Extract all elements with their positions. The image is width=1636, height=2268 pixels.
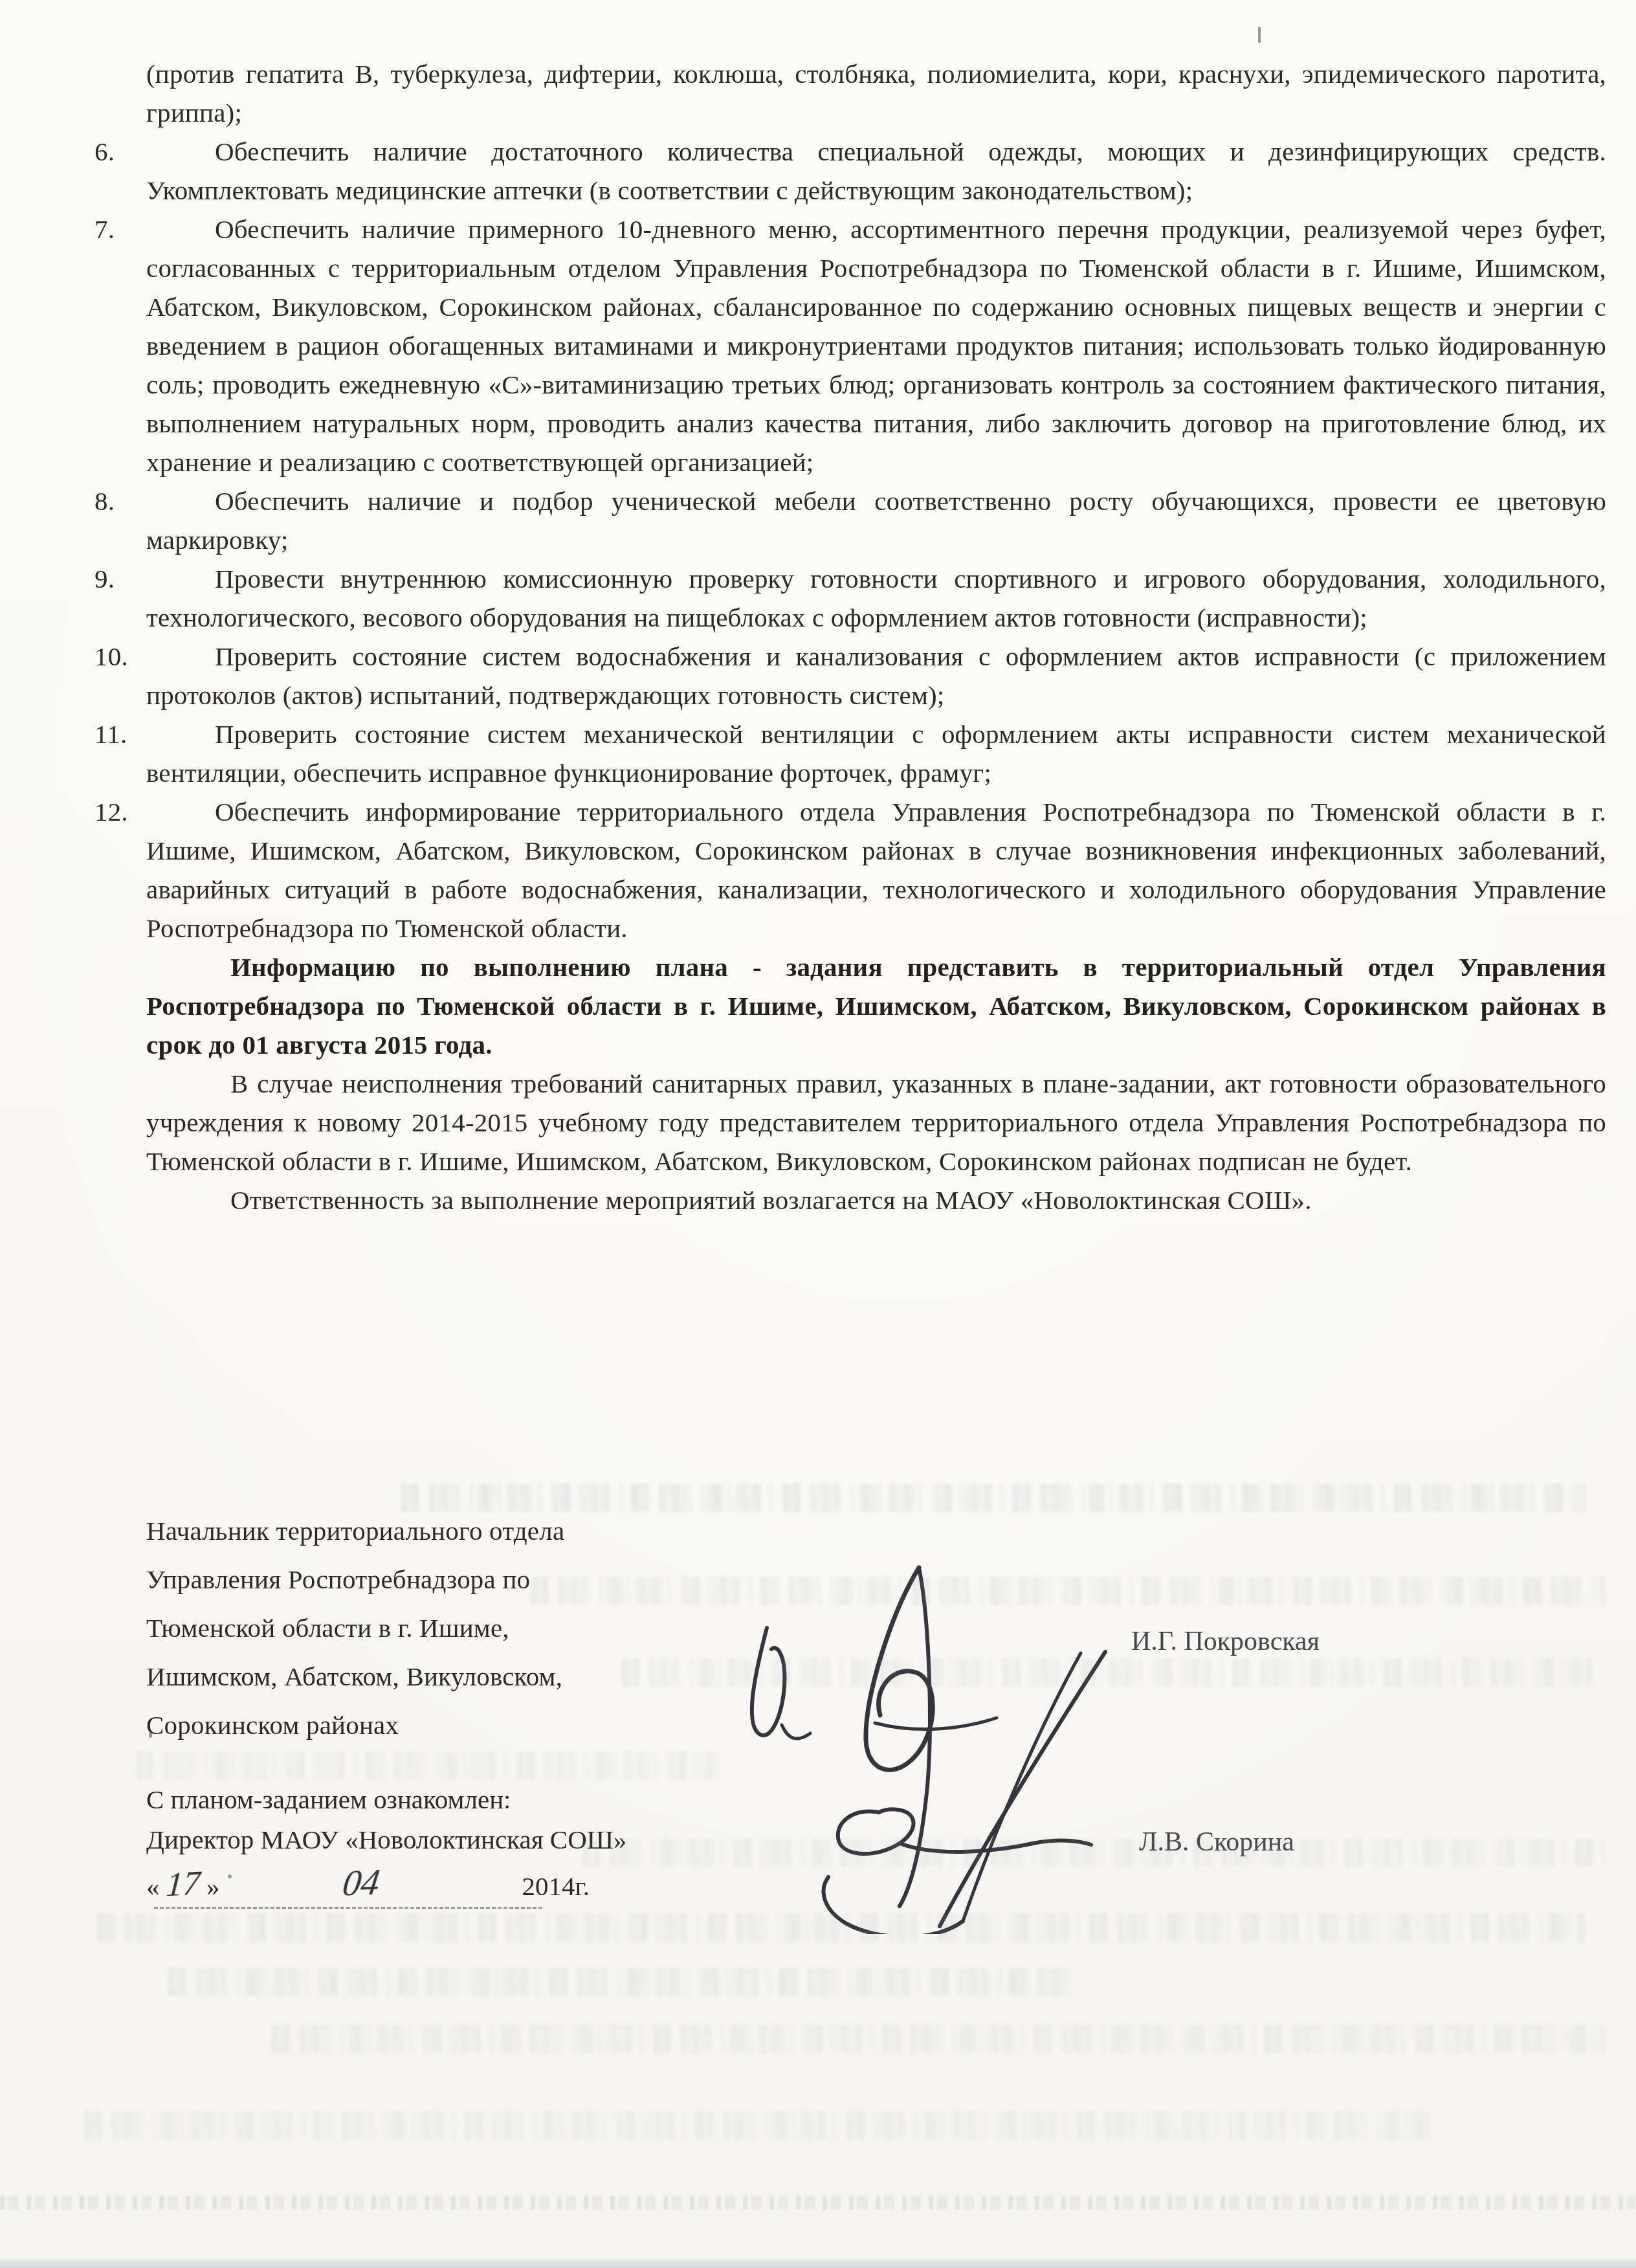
scanner-noise-band xyxy=(0,2196,1636,2210)
list-item-11-text: Проверить состояние систем механической … xyxy=(146,719,1606,788)
bleed-through-artifact xyxy=(136,1751,718,1780)
acknowledgement-date-line: « 17 » 04 2014г. xyxy=(146,1863,590,1904)
scan-speck xyxy=(149,1732,152,1738)
document-body: (против гепатита В, туберкулеза, дифтери… xyxy=(146,54,1606,1219)
list-number-9: 9. xyxy=(94,559,144,598)
list-item-12-text: Обеспечить информирование территориально… xyxy=(146,797,1606,943)
signer-line-5: Сорокинском районах xyxy=(146,1701,858,1750)
item5-tail-paragraph: (против гепатита В, туберкулеза, дифтери… xyxy=(146,54,1606,132)
list-item-10: 10.Проверить состояние систем водоснабже… xyxy=(146,637,1606,715)
date-underline xyxy=(154,1907,542,1909)
list-number-11: 11. xyxy=(94,715,144,753)
signer-name: И.Г. Покровская xyxy=(1131,1626,1320,1657)
list-number-10: 10. xyxy=(94,637,144,676)
list-item-10-text: Проверить состояние систем водоснабжения… xyxy=(146,641,1606,710)
scan-bottom-edge xyxy=(0,2259,1636,2268)
responsibility-paragraph: Ответственность за выполнение мероприяти… xyxy=(146,1181,1606,1219)
bleed-through-artifact xyxy=(168,1968,1074,1996)
bleed-through-artifact xyxy=(621,1658,1605,1687)
bleed-through-artifact xyxy=(531,1577,1605,1605)
list-item-6: 6.Обеспечить наличие достаточного количе… xyxy=(146,132,1606,210)
quote-open: « xyxy=(146,1871,160,1901)
handwritten-month: 04 xyxy=(340,1862,382,1905)
date-year: 2014г. xyxy=(522,1871,590,1901)
signer-line-1: Начальник территориального отдела xyxy=(146,1507,858,1555)
handwritten-day: 17 xyxy=(165,1865,201,1905)
signer-title-block: Начальник территориального отдела Управл… xyxy=(146,1507,858,1750)
list-item-9-text: Провести внутреннюю комиссионную проверк… xyxy=(146,564,1606,632)
list-item-12: 12.Обеспечить информирование территориал… xyxy=(146,792,1606,948)
list-number-6: 6. xyxy=(94,132,144,171)
bleed-through-artifact xyxy=(84,2111,1430,2140)
list-number-8: 8. xyxy=(94,482,144,520)
quote-close: » xyxy=(206,1871,220,1901)
list-item-6-text: Обеспечить наличие достаточного количест… xyxy=(146,137,1606,205)
list-item-7-text: Обеспечить наличие примерного 10-дневног… xyxy=(146,214,1606,477)
bleed-through-artifact xyxy=(97,1913,1586,1942)
list-item-11: 11.Проверить состояние систем механическ… xyxy=(146,715,1606,792)
noncompliance-paragraph: В случае неисполнения требований санитар… xyxy=(146,1064,1606,1181)
scan-speck xyxy=(1258,27,1261,43)
scan-speck xyxy=(228,1874,232,1878)
acknowledgement-role: Директор МАОУ «Новолоктинская СОШ» xyxy=(146,1824,627,1855)
bleed-through-artifact xyxy=(272,2025,1605,2053)
scanned-document-page: (против гепатита В, туберкулеза, дифтери… xyxy=(0,0,1636,2268)
list-item-7: 7.Обеспечить наличие примерного 10-дневн… xyxy=(146,210,1606,482)
list-item-8-text: Обеспечить наличие и подбор ученической … xyxy=(146,486,1606,555)
signer-line-3: Тюменской области в г. Ишиме, xyxy=(146,1604,858,1652)
list-number-12: 12. xyxy=(94,792,144,831)
list-item-8: 8.Обеспечить наличие и подбор ученическо… xyxy=(146,482,1606,559)
list-item-9: 9.Провести внутреннюю комиссионную прове… xyxy=(146,559,1606,637)
notice-paragraph-bold: Информацию по выполнению плана - задания… xyxy=(146,948,1606,1064)
list-number-7: 7. xyxy=(94,210,144,249)
acknowledgement-label: С планом-заданием ознакомлен: xyxy=(146,1784,511,1815)
bleed-through-artifact xyxy=(582,1838,1605,1867)
bleed-through-artifact xyxy=(401,1484,1586,1512)
